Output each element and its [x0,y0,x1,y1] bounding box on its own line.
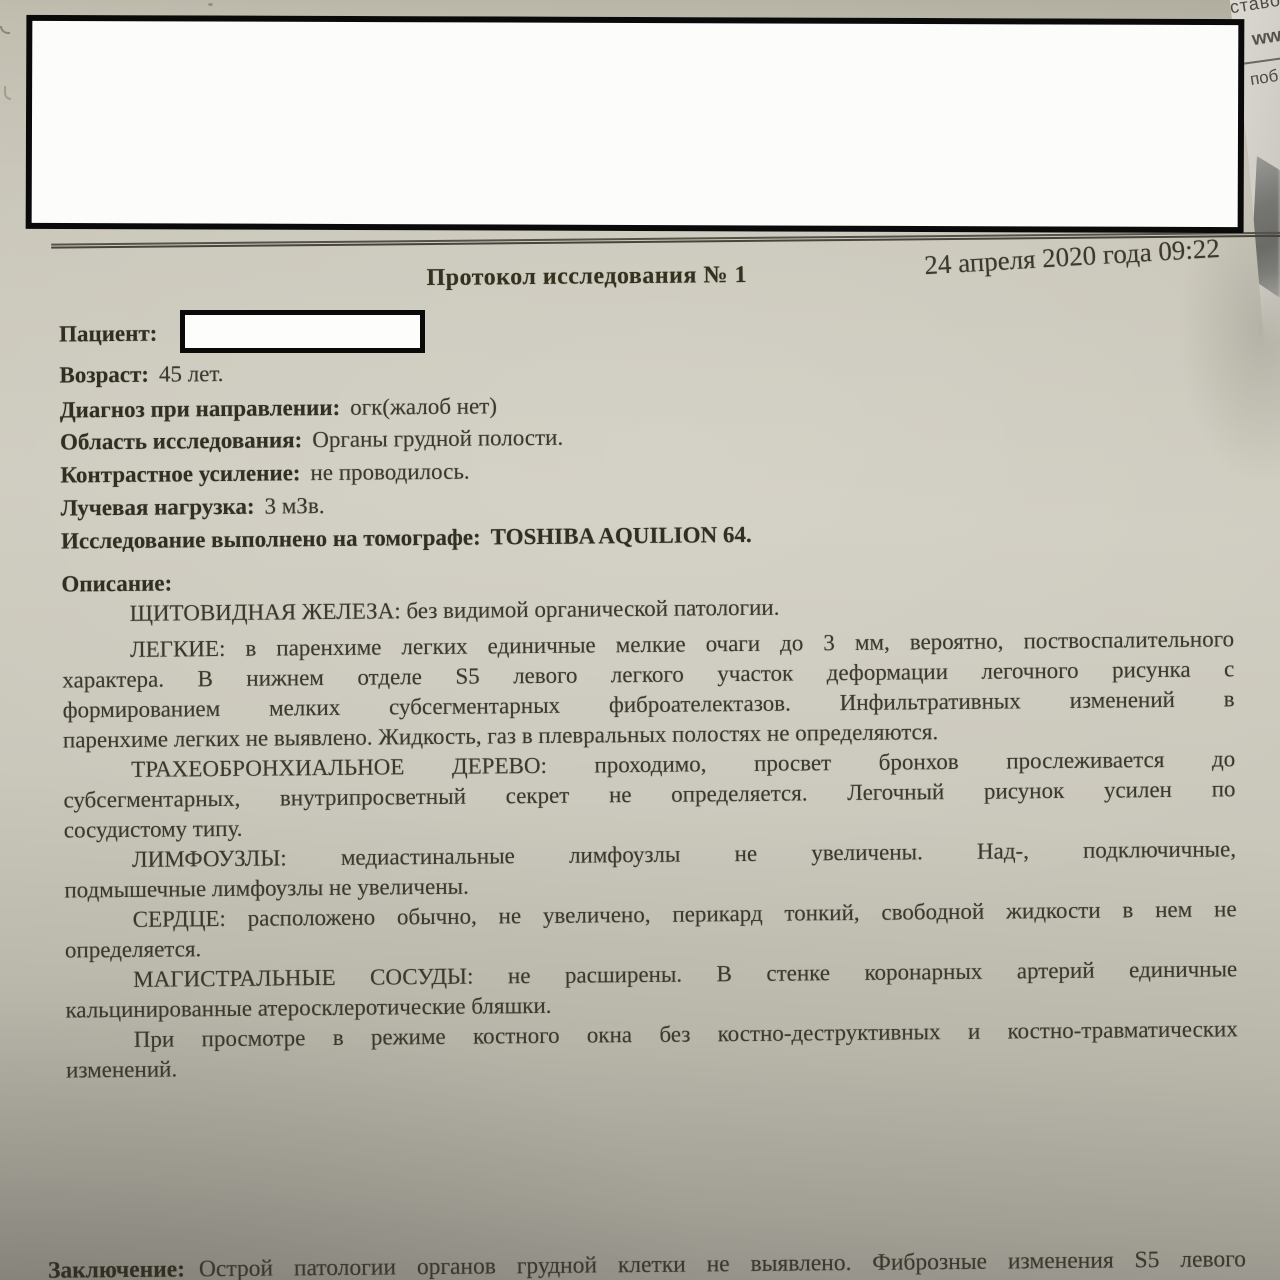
redaction-box-patient-name [180,310,425,353]
paragraph-lungs: ЛЕГКИЕ: в паренхиме легких единичные мел… [62,624,1235,755]
field-value: 45 лет. [159,361,224,387]
document-photo: { "colors": { "paper": "#cfccc0", "ink":… [0,0,1280,1280]
description-body: ЩИТОВИДНАЯ ЖЕЛЕЗА: без видимой органичес… [62,588,1239,1085]
field-value: не проводилось. [310,459,469,486]
field-study-area: Область исследования:Органы грудной поло… [60,418,1234,455]
field-value: 3 мЗв. [264,493,324,519]
field-radiation-dose: Лучевая нагрузка:3 мЗв. [61,484,1235,521]
field-value: TOSHIBA AQUILION 64. [491,522,752,550]
text-line: ЩИТОВИДНАЯ ЖЕЛЕЗА: без видимой органичес… [62,588,1234,629]
field-value: огк(жалоб нет) [350,393,497,419]
page-title: Протокол исследования № 1 [426,262,747,292]
field-label: Область исследования: [60,427,302,454]
paragraph-thyroid: ЩИТОВИДНАЯ ЖЕЛЕЗА: без видимой органичес… [62,588,1234,629]
field-referral-diagnosis: Диагноз при направлении:огк(жалоб нет) [60,386,1234,423]
field-value: Органы грудной полости. [312,425,563,452]
field-label: Контрастное усиление: [60,460,300,487]
field-label: Диагноз при направлении: [60,395,341,423]
paragraph-lymph-nodes: ЛИМФОУЗЛЫ: медиастинальные лимфоузлы не … [64,834,1237,905]
description-heading: Описание: [61,570,172,597]
field-label: Возраст: [59,362,149,388]
field-scanner: Исследование выполнено на томографе:TOSH… [61,517,1235,554]
conclusion-line: Заключение:Острой патологии органов груд… [48,1246,1246,1280]
paragraph-heart: СЕРДЦЕ: расположено обычно, не увеличено… [65,894,1238,965]
field-label: Лучевая нагрузка: [61,494,255,521]
study-datetime: 24 апреля 2020 года 09:22 [924,233,1221,281]
field-contrast-enhancement: Контрастное усиление:не проводилось. [60,451,1234,488]
paragraph-tracheobronchial: ТРАХЕОБРОНХИАЛЬНОЕ ДЕРЕВО: проходимо, пр… [63,744,1236,845]
field-label: Исследование выполнено на томографе: [61,525,481,554]
field-age: Возраст:45 лет. [59,351,1233,388]
paragraph-bone-window: При просмотре в режиме костного окна без… [66,1014,1239,1085]
conclusion-text: Острой патологии органов грудной клетки … [199,1246,1246,1280]
conclusion-label: Заключение: [48,1256,185,1280]
paragraph-great-vessels: МАГИСТРАЛЬНЫЕ СОСУДЫ: не расширены. В ст… [65,954,1238,1025]
field-label: Пациент: [59,321,158,347]
redaction-box-header [26,15,1245,233]
